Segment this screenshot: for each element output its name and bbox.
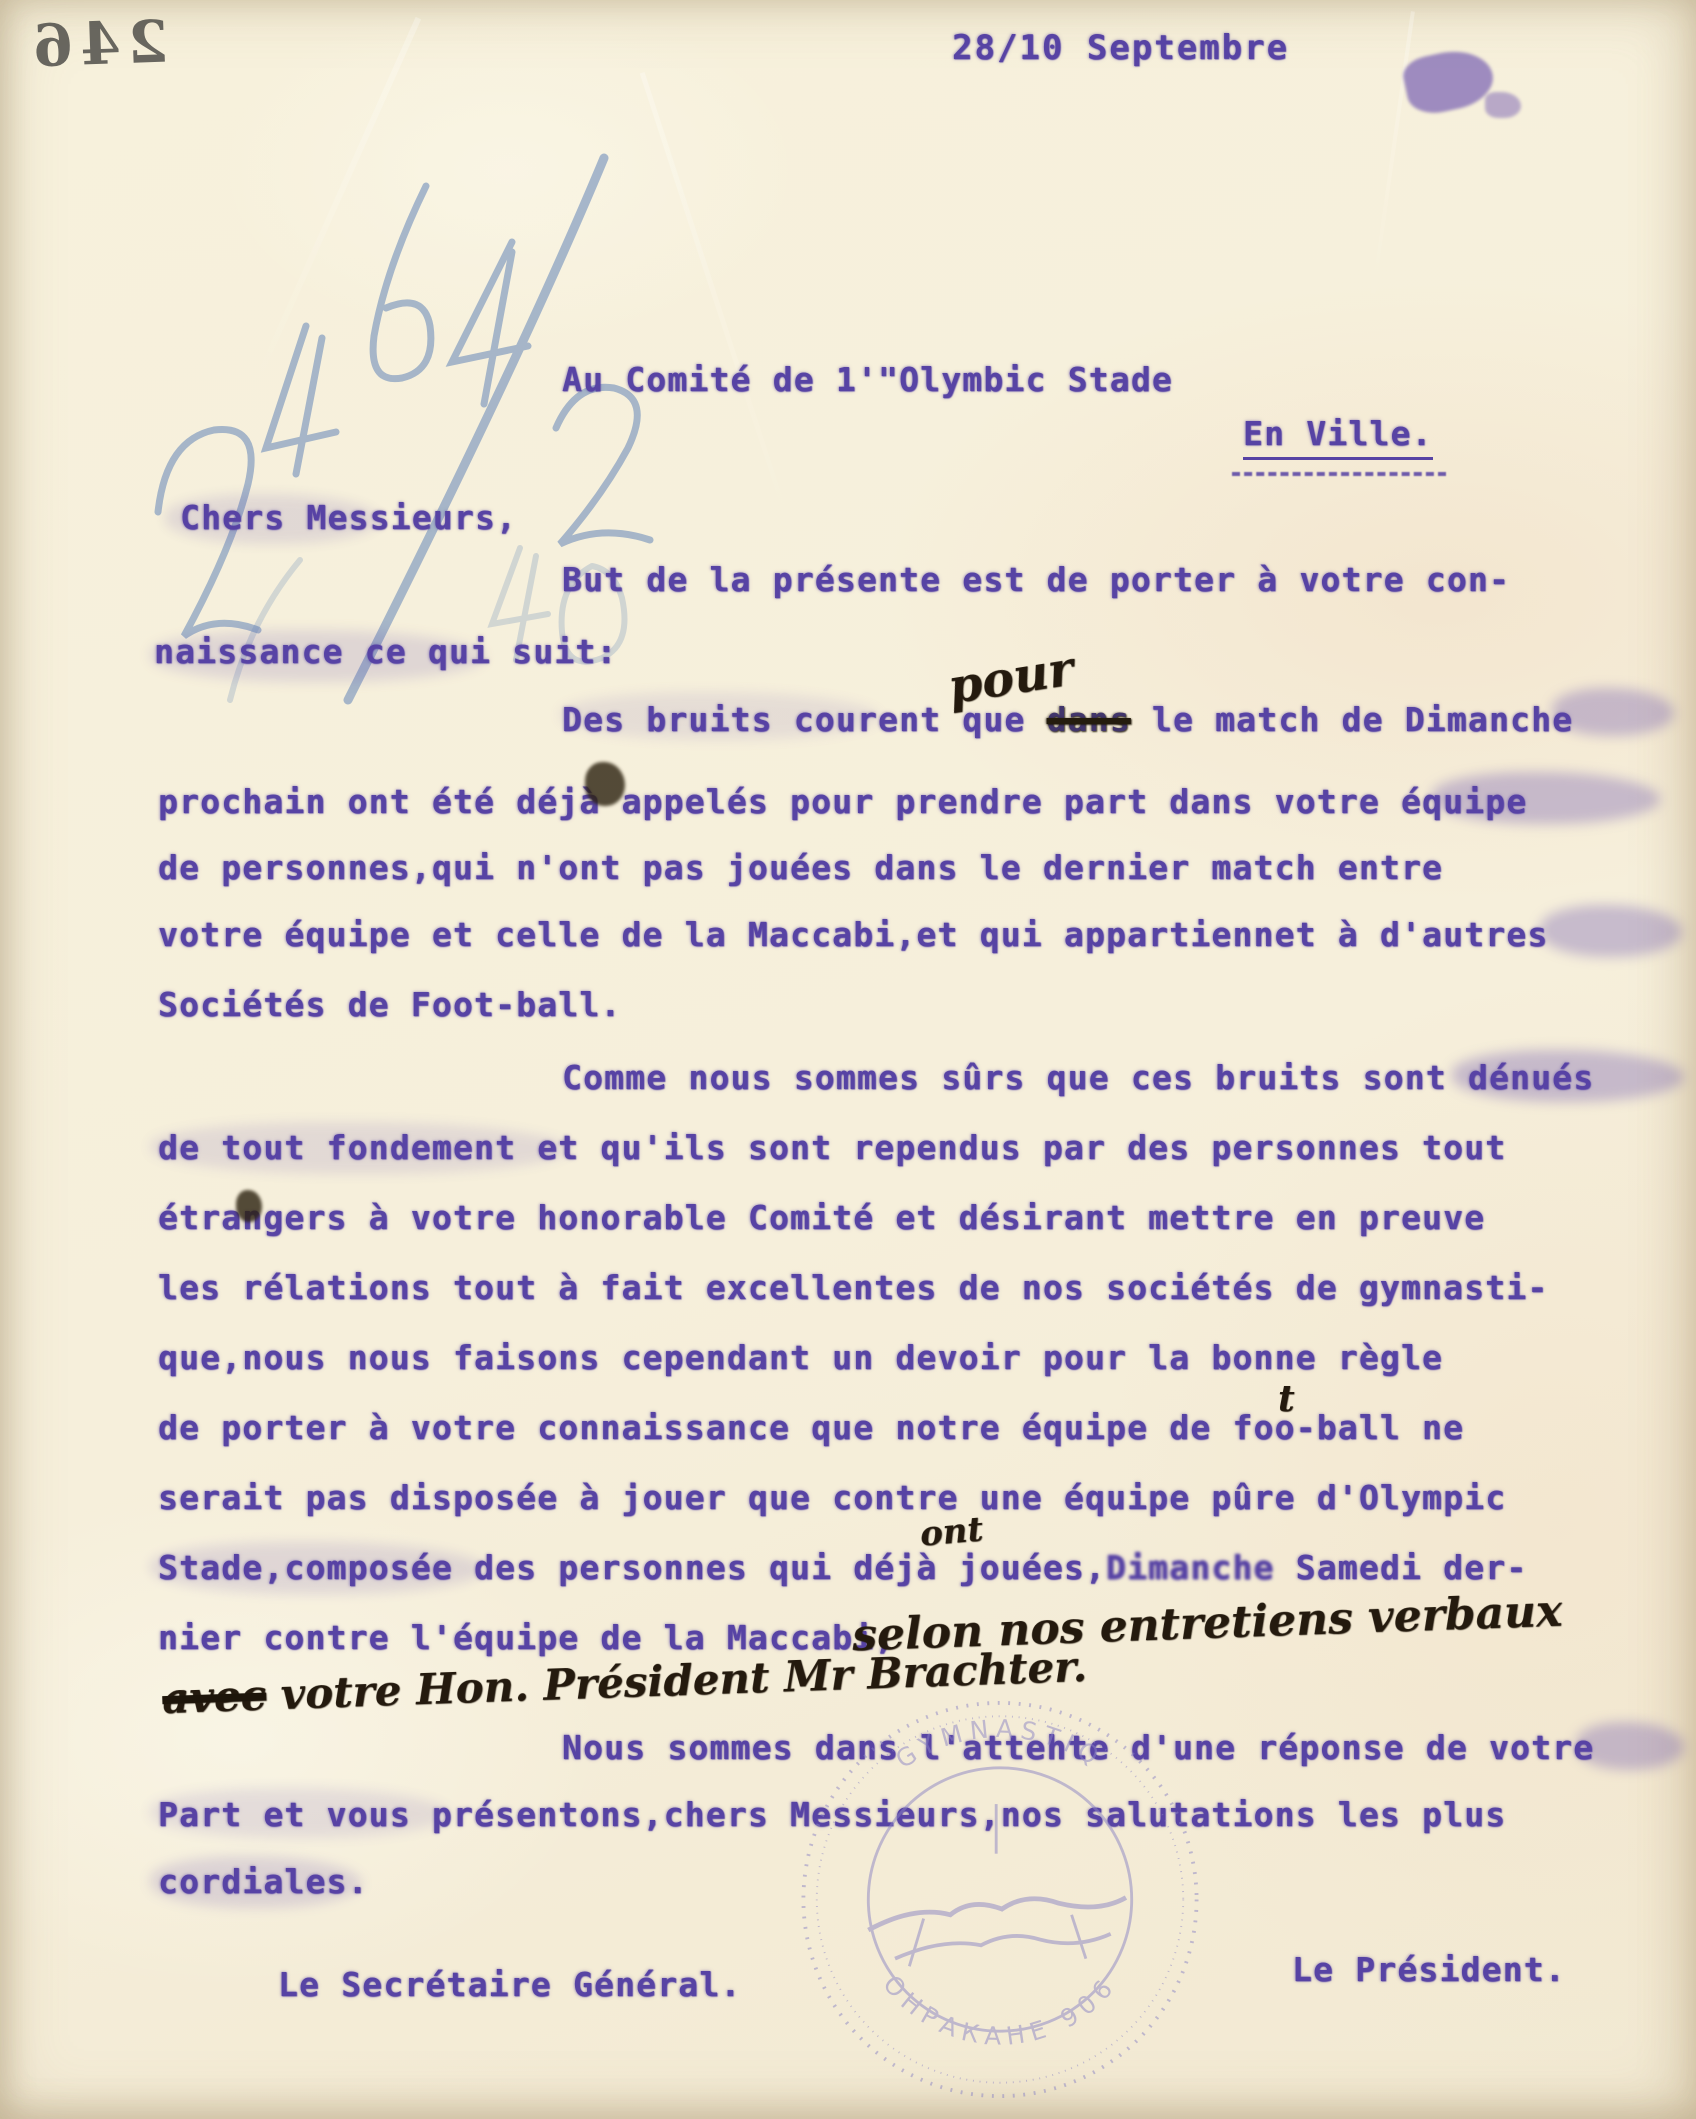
paper-crease [640, 72, 805, 568]
typed-segment: le match de Dimanche [1131, 700, 1573, 739]
ink-smudge [1540, 905, 1682, 957]
body-line: But de la présente est de porter à votre… [562, 560, 1510, 599]
body-line: cordiales. [158, 1862, 369, 1901]
body-line: serait pas disposée à jouer que contre u… [158, 1478, 1506, 1517]
recipient-line: Au Comité de 1'"Olymbic Stade [562, 360, 1173, 399]
typed-segment: Samedi der- [1275, 1548, 1528, 1587]
body-line: les rélations tout à fait excellentes de… [158, 1268, 1548, 1307]
page-number-mirrored: 246 [25, 8, 169, 81]
ink-blot [1400, 43, 1498, 118]
stamp-text-bottom: ОНРАКАНЕ 906 [877, 1970, 1122, 2051]
body-line: de tout fondement et qu'ils sont rependu… [158, 1128, 1506, 1167]
salutation-line: Chers Messieurs, [180, 498, 517, 537]
body-line: de porter à votre connaissance que notre… [158, 1408, 1464, 1447]
place-line: En Ville. [1243, 414, 1433, 460]
handwritten-insert-ont: ont [918, 1509, 984, 1554]
body-line: Nous sommes dans l'attehte d'une réponse… [562, 1728, 1594, 1767]
body-line: naissance ce qui suit: [154, 632, 618, 671]
typed-segment: de porter à votre connaissance que notre… [158, 1408, 1296, 1447]
body-line: Part et vous présentons,chers Messieurs,… [158, 1795, 1506, 1834]
handwritten-struck-word: avec [161, 1671, 267, 1724]
signature-right: Le Président. [1292, 1950, 1566, 1989]
body-line: Sociétés de Foot-ball. [158, 985, 622, 1024]
signature-left: Le Secrétaire Général. [278, 1965, 742, 2004]
typed-segment: déjà jouées, [853, 1548, 1106, 1587]
body-line: que,nous nous faisons cependant un devoi… [158, 1338, 1443, 1377]
typed-segment: -ball ne [1296, 1408, 1465, 1447]
ink-blot [1485, 92, 1521, 118]
paper-crease [1369, 11, 1415, 309]
smeared-word: Dimanche [1106, 1548, 1275, 1587]
body-line: prochain ont été déjà appelés pour prend… [158, 782, 1527, 821]
typed-segment: Stade,composée des personnes qui [158, 1548, 853, 1587]
body-line: étrangers à votre honorable Comité et dé… [158, 1198, 1485, 1237]
struck-word: dans [1047, 700, 1131, 739]
paper-crease [245, 17, 421, 403]
body-line: Comme nous sommes sûrs que ces bruits so… [562, 1058, 1594, 1097]
scanned-letter-page: 246 28/10 Septembre Au Comité de 1'"Olym… [0, 0, 1696, 2119]
body-line: nier contre l'équipe de la Maccabi, [158, 1618, 895, 1657]
body-line: Des bruits courent que dans le match de … [562, 700, 1573, 739]
handwritten-insert-t: t [1278, 1378, 1295, 1420]
body-line: votre équipe et celle de la Maccabi,et q… [158, 915, 1548, 954]
body-line: Stade,composée des personnes qui déjà jo… [158, 1548, 1527, 1587]
body-line: de personnes,qui n'ont pas jouées dans l… [158, 848, 1443, 887]
place-underline [1232, 472, 1446, 476]
date-line: 28/10 Septembre [952, 28, 1289, 68]
